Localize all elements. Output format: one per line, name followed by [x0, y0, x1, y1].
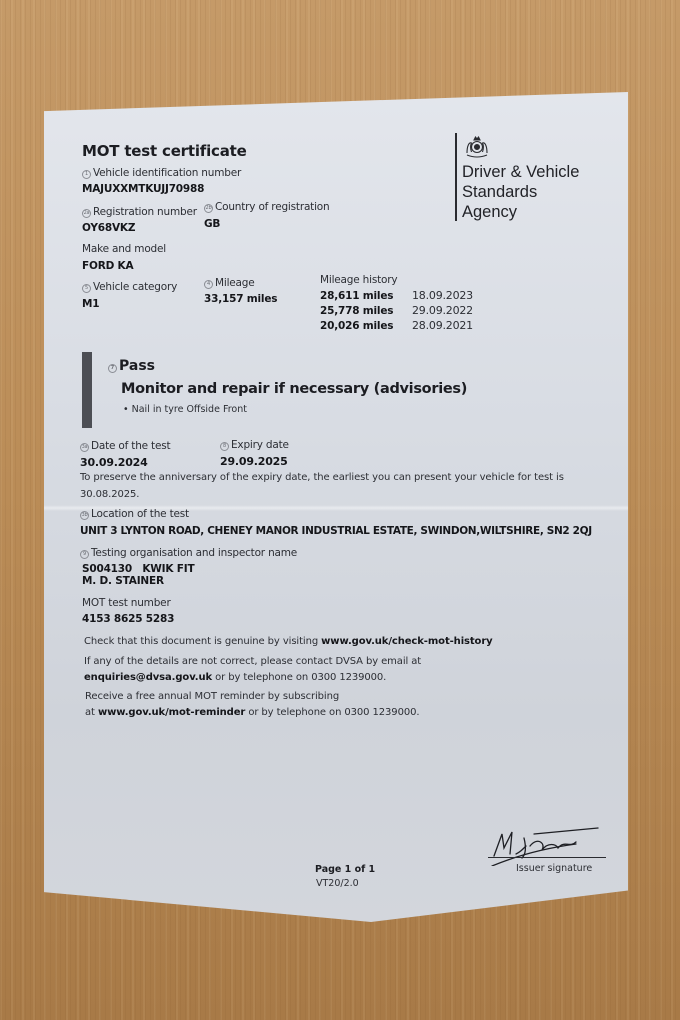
mileage-history-date: 18.09.2023 — [412, 289, 473, 302]
signature-line — [488, 857, 606, 858]
field-number-icon: 9 — [80, 550, 89, 559]
field-number-icon: 7 — [108, 364, 117, 373]
test-date-value: 30.09.2024 — [80, 456, 148, 469]
earliest-test-date: 30.08.2025. — [80, 489, 139, 500]
country-value: GB — [204, 218, 220, 230]
check-mot-history-link[interactable]: www.gov.uk/check-mot-history — [321, 636, 492, 647]
registration-label: 2aRegistration number — [82, 206, 197, 218]
field-number-icon: 8 — [220, 442, 229, 451]
result-heading: Monitor and repair if necessary (advisor… — [121, 381, 467, 397]
expiry-date-label: 8Expiry date — [220, 439, 289, 451]
field-number-icon: 3a — [80, 443, 89, 452]
mileage-history-miles: 20,026 miles — [320, 320, 393, 332]
inspector-name: M. D. STAINER — [82, 575, 164, 587]
testing-org-label: 9Testing organisation and inspector name — [80, 547, 297, 559]
test-number-label: MOT test number — [82, 597, 171, 609]
field-number-icon: 5 — [82, 284, 91, 293]
testing-org-value: S004130 KWIK FIT — [82, 563, 194, 575]
agency-divider — [455, 133, 457, 221]
form-code: VT20/2.0 — [316, 878, 359, 889]
mileage-value: 33,157 miles — [204, 293, 277, 305]
field-number-icon: 2b — [204, 204, 213, 213]
mileage-history-date: 29.09.2022 — [412, 304, 473, 317]
advisory-item: • Nail in tyre Offside Front — [123, 404, 247, 415]
test-number-value: 4153 8625 5283 — [82, 613, 174, 625]
field-number-icon: 2a — [82, 209, 91, 218]
mileage-history-miles: 28,611 miles — [320, 290, 393, 302]
field-number-icon: 4 — [204, 280, 213, 289]
mileage-history-miles: 25,778 miles — [320, 305, 393, 317]
issuer-signature-label: Issuer signature — [516, 863, 592, 874]
contact-text: If any of the details are not correct, p… — [84, 656, 421, 667]
expiry-date-value: 29.09.2025 — [220, 455, 288, 468]
mileage-history-date: 28.09.2021 — [412, 319, 473, 332]
page-indicator: Page 1 of 1 — [315, 864, 375, 875]
make-model-label: Make and model — [82, 243, 166, 255]
country-label: 2bCountry of registration — [204, 201, 330, 213]
mileage-label: 4Mileage — [204, 277, 255, 289]
document-title: MOT test certificate — [82, 142, 247, 160]
agency-name: Driver & Vehicle Standards Agency — [462, 162, 579, 222]
result-status: 7Pass — [108, 358, 155, 374]
field-number-icon: 3b — [80, 511, 89, 520]
contact-details: enquiries@dvsa.gov.uk or by telephone on… — [84, 672, 386, 683]
mot-reminder-link[interactable]: www.gov.uk/mot-reminder — [98, 707, 245, 718]
category-label: 5Vehicle category — [82, 281, 177, 293]
issuer-signature-mark — [486, 826, 606, 866]
vin-value: MAJUXXMTKUJJ70988 — [82, 183, 204, 195]
reminder-details: at www.gov.uk/mot-reminder or by telepho… — [85, 707, 419, 718]
earliest-test-note: To preserve the anniversary of the expir… — [80, 472, 564, 483]
reminder-text: Receive a free annual MOT reminder by su… — [85, 691, 339, 702]
location-value: UNIT 3 LYNTON ROAD, CHENEY MANOR INDUSTR… — [80, 525, 592, 537]
field-number-icon: 1 — [82, 170, 91, 179]
make-model-value: FORD KA — [82, 260, 133, 272]
mileage-history-label: Mileage history — [320, 274, 397, 286]
test-date-label: 3aDate of the test — [80, 440, 170, 452]
location-label: 3bLocation of the test — [80, 508, 189, 520]
category-value: M1 — [82, 298, 99, 310]
royal-crest-icon — [462, 134, 492, 160]
check-genuine-text: Check that this document is genuine by v… — [84, 636, 493, 647]
registration-value: OY68VKZ — [82, 222, 135, 234]
result-status-bar — [82, 352, 92, 428]
contact-email-link[interactable]: enquiries@dvsa.gov.uk — [84, 672, 212, 683]
vin-label: 1Vehicle identification number — [82, 167, 241, 179]
